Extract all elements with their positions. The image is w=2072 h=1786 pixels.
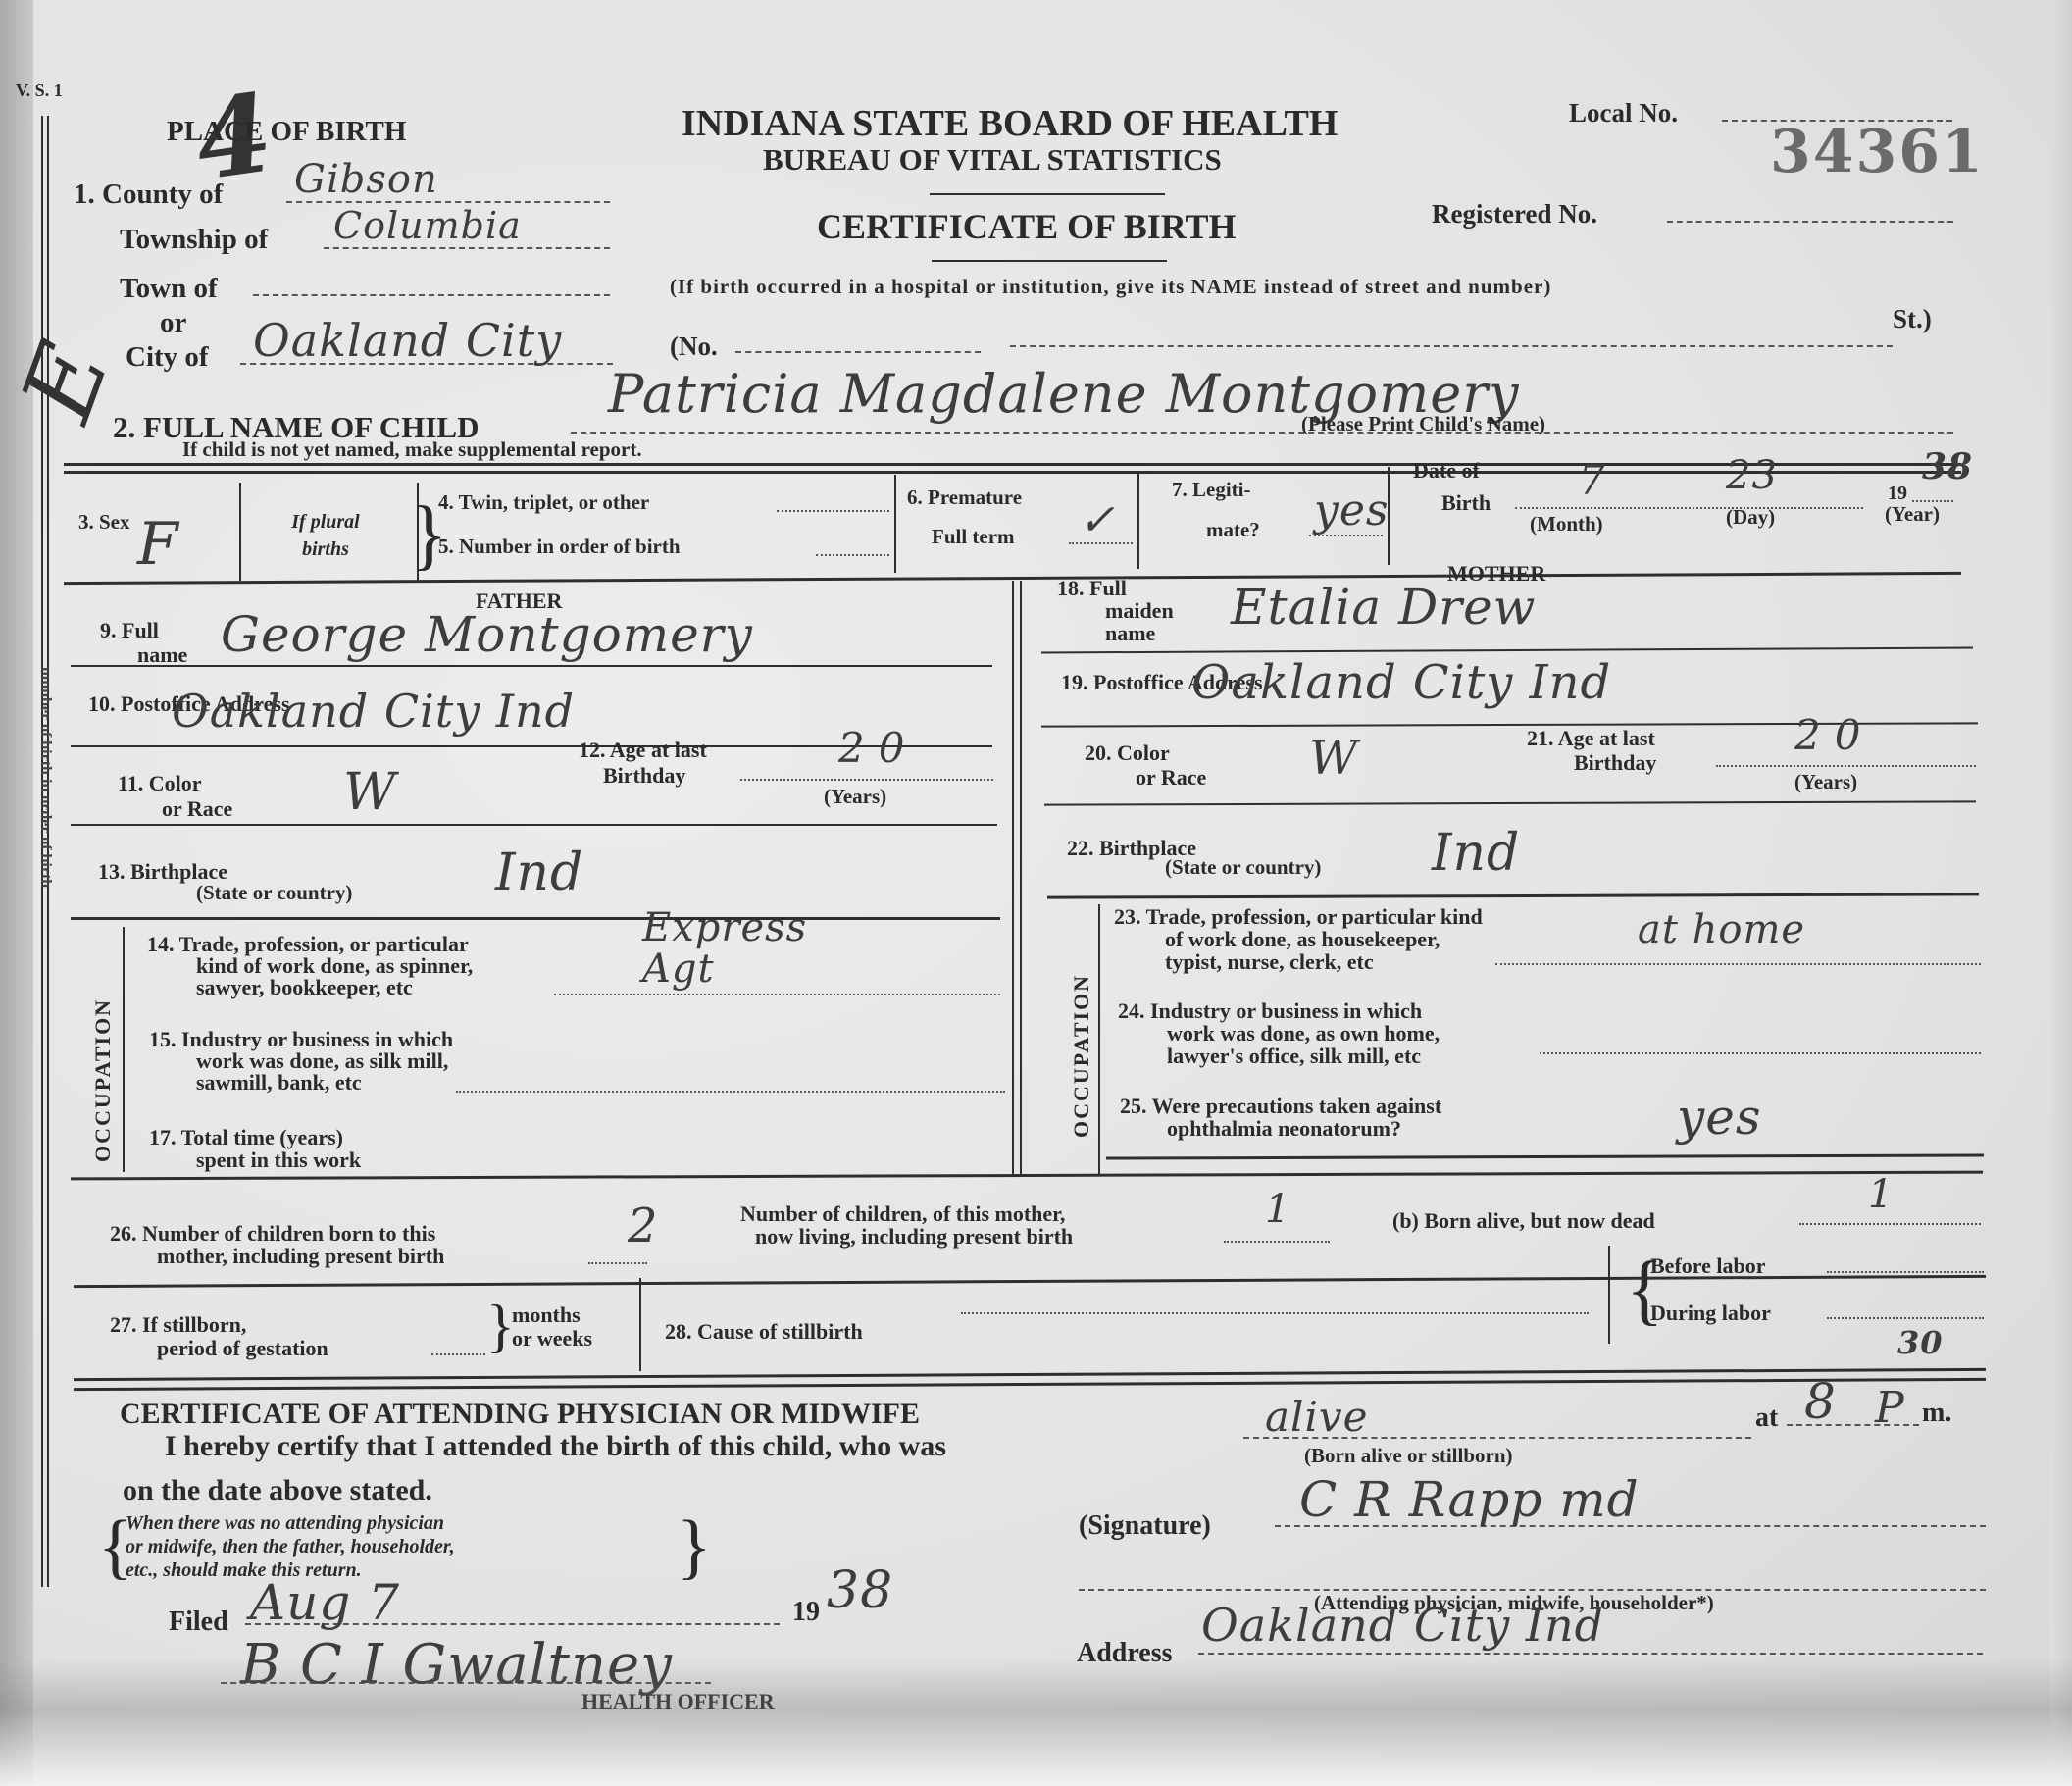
children-dead-label: (b) Born alive, but now dead: [1392, 1208, 1655, 1234]
physician-address-field[interactable]: [1198, 1653, 1983, 1655]
cause-field[interactable]: [961, 1312, 1589, 1314]
father-age-value: 20: [838, 724, 918, 772]
cell-divider: [1608, 1246, 1610, 1344]
mother-color-label: 20. Color: [1085, 740, 1170, 766]
mother-color-value: W: [1309, 731, 1358, 786]
mother-name-label-3: name: [1105, 621, 1155, 646]
parents-divider: [1020, 581, 1022, 1174]
year-caption: (Year): [1885, 502, 1940, 527]
mother-age-label-2: Birthday: [1574, 750, 1656, 776]
during-labor-label: During labor: [1650, 1301, 1771, 1326]
section-rule: [74, 1378, 1986, 1391]
father-age-label: 12. Age at last: [579, 738, 707, 763]
twin-label: 4. Twin, triplet, or other: [438, 490, 649, 515]
minutes-value: 30: [1897, 1324, 1944, 1361]
father-color-label-2: or Race: [162, 796, 232, 822]
twin-field[interactable]: [777, 510, 889, 512]
mother-industry-label-3: lawyer's office, silk mill, etc: [1167, 1044, 1421, 1069]
dob-label-2: Birth: [1441, 490, 1491, 516]
certificate-sheet: V. S. 1 4 E number of birth in order of …: [0, 0, 2072, 1786]
title-rule: [932, 260, 1167, 262]
cell-divider: [639, 1278, 641, 1371]
row-rule: [71, 665, 992, 667]
street-suffix: St.): [1893, 304, 1932, 334]
filed-year-value: 38: [827, 1561, 893, 1620]
father-trade-field[interactable]: [554, 994, 1000, 995]
bureau-title: BUREAU OF VITAL STATISTICS: [763, 142, 1222, 178]
father-age-label-2: Birthday: [603, 763, 685, 789]
street-no-label: (No.: [670, 332, 718, 362]
mother-trade-value: at home: [1638, 907, 1805, 952]
legitimate-label: 7. Legiti-: [1172, 478, 1250, 502]
parents-divider: [1012, 581, 1014, 1174]
premature-label: 6. Premature: [907, 485, 1022, 510]
father-trade-value: Express Agt: [642, 907, 848, 990]
filed-label: Filed: [169, 1607, 228, 1638]
plural-births-label: If plural births: [277, 508, 375, 563]
physician-heading: CERTIFICATE OF ATTENDING PHYSICIAN OR MI…: [120, 1398, 920, 1431]
certificate-title: CERTIFICATE OF BIRTH: [817, 206, 1237, 247]
mother-birthplace-caption: (State or country): [1165, 855, 1321, 880]
m-label: m.: [1922, 1398, 1951, 1429]
status-caption: (Born alive or stillborn): [1304, 1444, 1513, 1468]
father-birthplace-value: Ind: [495, 843, 583, 902]
hospital-note: (If birth occurred in a hospital or inst…: [670, 275, 1551, 299]
father-birthplace-caption: (State or country): [196, 881, 352, 905]
children-born-label-2: mother, including present birth: [157, 1244, 444, 1269]
before-labor-field[interactable]: [1827, 1271, 1984, 1273]
occupation-divider: [1098, 904, 1100, 1174]
row-rule: [1106, 1153, 1984, 1159]
dob-day: 23: [1726, 453, 1778, 498]
margin-rotated-note: number of birth in order of birth: [36, 667, 54, 888]
row-rule: [71, 917, 1000, 920]
order-field[interactable]: [816, 554, 889, 556]
children-dead-value: 1: [1868, 1172, 1894, 1217]
sex-value: F: [137, 510, 179, 579]
children-living-value: 1: [1265, 1187, 1290, 1232]
father-color-label: 11. Color: [118, 771, 202, 796]
father-industry-label-3: sawmill, bank, etc: [196, 1070, 362, 1096]
title-rule: [930, 193, 1165, 195]
signature-value: C R Rapp md: [1299, 1471, 1640, 1528]
father-occupation-side-label: OCCUPATION: [90, 998, 116, 1162]
city-value: Oakland City: [253, 314, 562, 367]
gestation-field[interactable]: [431, 1353, 485, 1355]
brace: }: [486, 1293, 515, 1360]
page-curl-shadow: [0, 1658, 2072, 1786]
month-caption: (Month): [1530, 512, 1603, 536]
mother-precaution-label-2: ophthalmia neonatorum?: [1167, 1116, 1401, 1142]
row-rule: [1041, 647, 1973, 654]
registered-no-field[interactable]: [1667, 221, 1953, 223]
term-value: ✓: [1079, 495, 1116, 545]
father-name-value: George Montgomery: [221, 606, 753, 663]
cell-divider: [1137, 471, 1139, 569]
township-label: Township of: [120, 224, 268, 256]
ampm-value: P: [1875, 1383, 1905, 1433]
gestation-label: 27. If stillborn,: [110, 1312, 246, 1338]
before-labor-label: Before labor: [1650, 1253, 1766, 1279]
cause-label: 28. Cause of stillbirth: [665, 1319, 863, 1345]
at-label: at: [1755, 1403, 1778, 1434]
dob-month: 7: [1579, 456, 1606, 504]
row-rule: [1044, 800, 1976, 805]
street-no-field[interactable]: [735, 351, 981, 353]
print-note: (Please Print Child's Name): [1301, 412, 1545, 436]
mother-age-label: 21. Age at last: [1527, 726, 1655, 751]
local-no-value: 34361: [1770, 118, 1985, 186]
fullterm-label: Full term: [932, 525, 1015, 549]
mother-name-value: Etalia Drew: [1231, 579, 1536, 636]
gestation-unit-weeks: or weeks: [512, 1326, 592, 1352]
town-label: Town of: [120, 273, 218, 305]
mother-trade-field[interactable]: [1495, 963, 1981, 965]
physician-note-1: When there was no attending physician: [126, 1512, 444, 1535]
child-name-field[interactable]: [571, 432, 1953, 434]
township-value: Columbia: [333, 204, 522, 247]
certify-text: I hereby certify that I attended the bir…: [165, 1430, 946, 1463]
father-address-value: Oakland City Ind: [172, 685, 575, 738]
children-living-label-2: now living, including present birth: [755, 1224, 1073, 1250]
day-caption: (Day): [1726, 505, 1775, 530]
order-label: 5. Number in order of birth: [438, 535, 681, 559]
father-industry-field[interactable]: [456, 1091, 1005, 1093]
dob-field[interactable]: [1515, 507, 1863, 509]
dob-label: Date of: [1413, 458, 1480, 484]
township-field[interactable]: [324, 247, 610, 249]
mother-color-label-2: or Race: [1136, 765, 1206, 791]
father-name-label: 9. Full: [100, 618, 159, 643]
gestation-unit-months: months: [512, 1302, 581, 1328]
date-text: on the date above stated.: [123, 1474, 432, 1507]
row-rule: [71, 824, 997, 826]
status-value: alive: [1265, 1393, 1369, 1441]
county-label: 1. County of: [74, 179, 223, 211]
mother-trade-label-3: typist, nurse, clerk, etc: [1165, 949, 1374, 975]
board-title: INDIANA STATE BOARD OF HEALTH: [682, 102, 1338, 145]
mother-age-caption: (Years): [1794, 770, 1857, 794]
father-trade-label-3: sawyer, bookkeeper, etc: [196, 975, 413, 1000]
children-born-field[interactable]: [588, 1262, 647, 1264]
or-label: or: [160, 307, 186, 339]
mother-age-field[interactable]: [1716, 765, 1976, 767]
place-of-birth-heading: PLACE OF BIRTH: [167, 116, 406, 148]
mother-address-value: Oakland City Ind: [1191, 655, 1611, 710]
children-dead-field[interactable]: [1799, 1223, 1981, 1225]
mother-precaution-value: yes: [1677, 1089, 1762, 1146]
town-field[interactable]: [253, 294, 610, 296]
father-time-label-2: spent in this work: [196, 1148, 361, 1173]
county-value: Gibson: [294, 157, 438, 202]
gestation-label-2: period of gestation: [157, 1336, 328, 1361]
mother-industry-field[interactable]: [1540, 1052, 1981, 1054]
filed-year-prefix: 19: [792, 1597, 820, 1628]
local-no-label: Local No.: [1569, 98, 1678, 128]
during-labor-field[interactable]: [1827, 1317, 1984, 1319]
cell-divider: [239, 483, 241, 581]
city-label: City of: [126, 341, 209, 374]
occupation-divider: [123, 927, 125, 1172]
signature-label: (Signature): [1079, 1510, 1211, 1542]
dob-year: 38: [1922, 446, 1973, 487]
time-value: 8: [1804, 1373, 1837, 1430]
form-code: V. S. 1: [16, 80, 63, 101]
legitimate-label-2: mate?: [1206, 518, 1260, 542]
physician-note-2: or midwife, then the father, householder…: [126, 1536, 455, 1558]
brace: }: [677, 1505, 712, 1589]
registered-no-label: Registered No.: [1432, 199, 1597, 230]
father-age-field[interactable]: [740, 779, 993, 781]
mother-birthplace-value: Ind: [1432, 824, 1520, 883]
mother-age-value: 20: [1794, 711, 1874, 759]
children-born-value: 2: [628, 1199, 659, 1253]
children-living-field[interactable]: [1224, 1241, 1330, 1243]
page-edge-shadow-right: [2050, 0, 2072, 1786]
legitimate-value: yes: [1314, 485, 1389, 536]
row-rule: [1047, 893, 1979, 898]
physician-address-value: Oakland City Ind: [1201, 1599, 1604, 1652]
cell-divider: [894, 475, 896, 573]
mother-occupation-side-label: OCCUPATION: [1069, 974, 1094, 1138]
section-rule: [64, 463, 1961, 466]
father-color-value: W: [343, 763, 396, 822]
sex-label: 3. Sex: [78, 510, 130, 535]
child-name-note: If child is not yet named, make suppleme…: [182, 437, 642, 462]
street-name-field[interactable]: [1010, 345, 1893, 347]
page-edge-shadow: [0, 0, 33, 1786]
section-rule: [64, 471, 1961, 474]
filed-value: Aug 7: [250, 1574, 400, 1631]
father-age-caption: (Years): [824, 785, 886, 809]
